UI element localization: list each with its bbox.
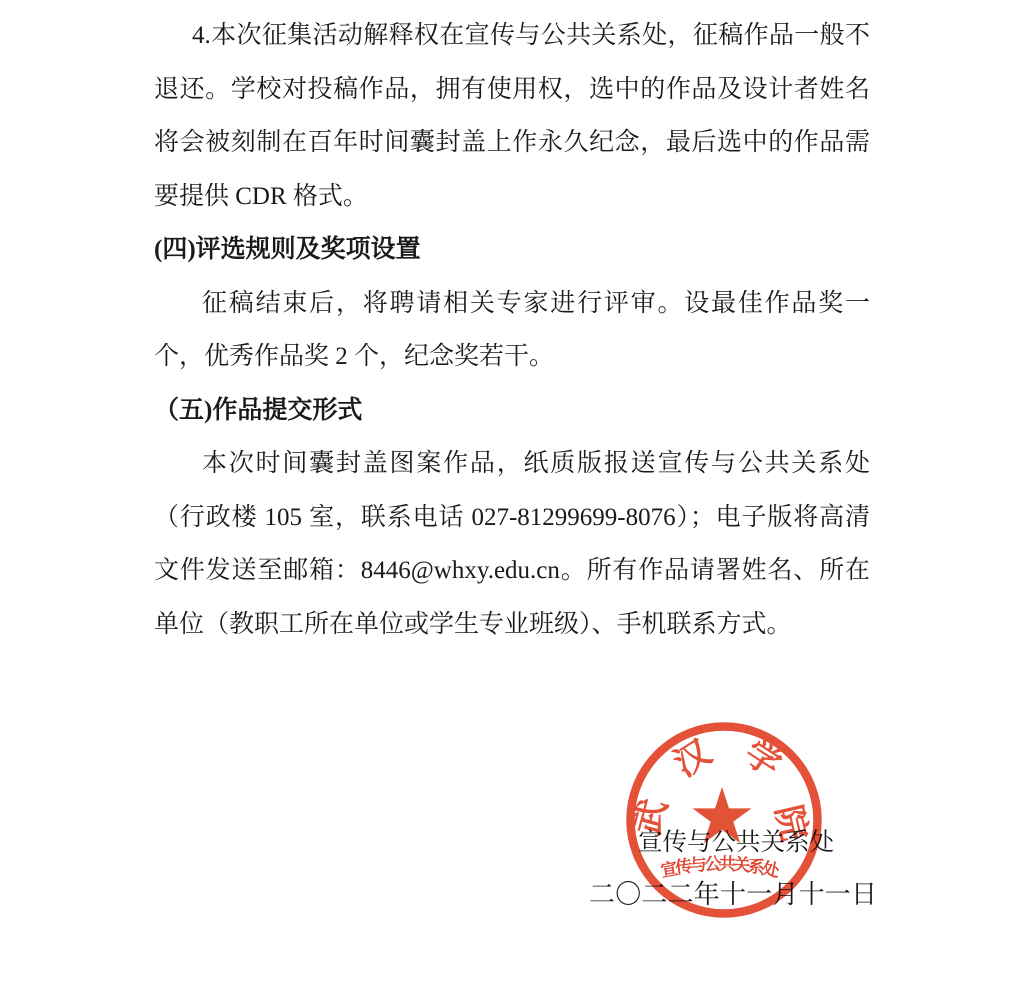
heading-section-4-rules-awards: (四)评选规则及奖项设置 [154, 223, 870, 277]
paragraph-evaluation: 征稿结束后，将聘请相关专家进行评审。设最佳作品奖一个，优秀作品奖 2 个，纪念奖… [154, 277, 870, 384]
document-body: 4.本次征集活动解释权在宣传与公共关系处，征稿作品一般不退还。学校对投稿作品，拥… [154, 9, 870, 651]
seal-inner-char-7: 处 [761, 858, 781, 881]
seal-arc-char-xue: 学 [738, 733, 789, 785]
star-icon [693, 787, 752, 843]
paragraph-terms: 4.本次征集活动解释权在宣传与公共关系处，征稿作品一般不退还。学校对投稿作品，拥… [154, 9, 870, 223]
document-page: 4.本次征集活动解释权在宣传与公共关系处，征稿作品一般不退还。学校对投稿作品，拥… [0, 0, 1024, 992]
paragraph-submission: 本次时间囊封盖图案作品，纸质版报送宣传与公共关系处（行政楼 105 室，联系电话… [154, 437, 870, 651]
official-seal: 武 汉 学 院 宣 传 与 公 共 关 系 处 [624, 720, 824, 920]
seal-arc-char-yuan: 院 [768, 802, 814, 845]
heading-section-5-submission: （五)作品提交形式 [154, 384, 870, 438]
